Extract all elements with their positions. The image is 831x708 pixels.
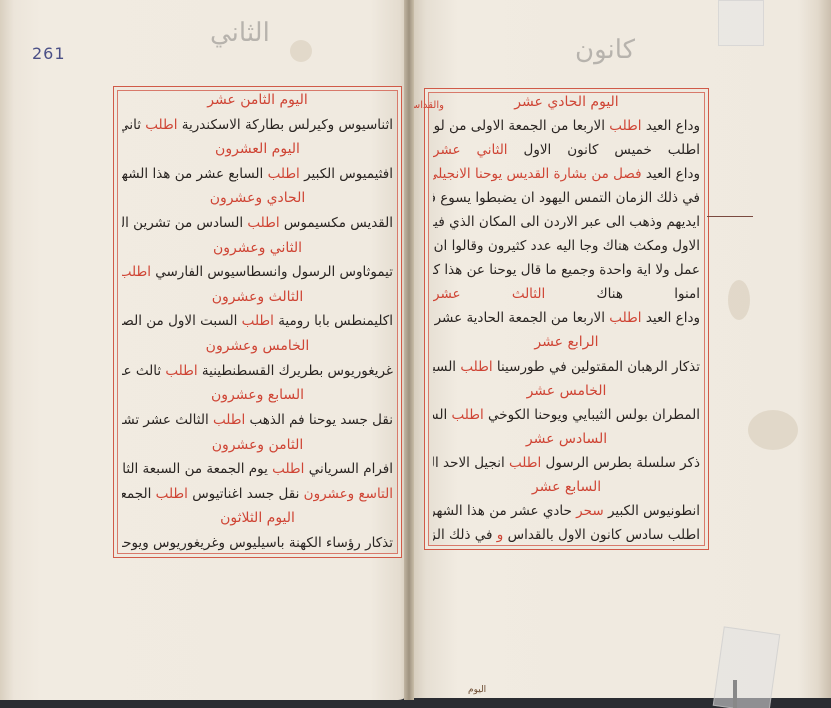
rubric-heading: السابع عشر	[433, 478, 700, 497]
text-segment: الاول ومكث هناك وجا اليه عدد كثيرون وقال…	[433, 238, 700, 254]
rubric-inline: اطلب	[243, 215, 280, 231]
text-segment: في ذلك الزمان التمس اليهود ان يضبطوا يسو…	[433, 190, 700, 206]
rubric-inline: سحر	[572, 503, 604, 519]
text-segment: المطران بولس الثيبايي ويوحنا الكوخي	[484, 407, 700, 423]
text-segment: الثالث عشر تشرين الثاني والقداس	[122, 412, 209, 428]
text-lines-right: اليوم الحادي عشروداع العيد اطلب الاربعا …	[433, 93, 700, 545]
pencil-heading-right: كانون	[575, 35, 635, 65]
text-line: تذكار رؤساء الكهنة باسيليوس وغريغوريوس و…	[122, 534, 393, 553]
rubric-inline: و	[493, 527, 504, 543]
text-line: تذكار الرهبان المقتولين في طورسينا اطلب …	[433, 358, 700, 377]
rubric-inline: اطلب	[605, 310, 642, 326]
rubric-heading: السابع وعشرون	[122, 386, 393, 405]
rubric-inline: فصل من بشارة القديس يوحنا الانجيلي	[433, 166, 642, 182]
rubric-heading: اليوم العشرون	[122, 140, 393, 159]
text-line: ذكر سلسلة بطرس الرسول اطلب انجيل الاحد ا…	[433, 454, 700, 473]
rubric-inline: اطلب	[141, 117, 178, 133]
text-segment: انجيل الاحد الحادي عشر للقديس	[433, 455, 505, 471]
rubric-inline: اطلب	[263, 166, 300, 182]
text-segment: السابع عشر من هذا الشهر	[122, 166, 263, 182]
catchword: اليوم	[468, 685, 486, 695]
text-line: عمل ولا اية واحدة وجميع ما قال يوحنا عن …	[433, 261, 700, 280]
text-segment: تيموثاوس الرسول وانسطاسيوس الفارسي	[151, 264, 393, 280]
text-segment: تذكار رؤساء الكهنة باسيليوس وغريغوريوس و…	[122, 535, 393, 551]
text-segment: تذكار الرهبان المقتولين في طورسينا	[493, 359, 700, 375]
rubric-heading: الرابع عشر	[433, 333, 700, 352]
rubric-inline: اطلب	[161, 363, 198, 379]
rubric-heading: الخامس عشر	[433, 382, 700, 401]
rubric-heading: الثالث وعشرون	[122, 288, 393, 307]
text-line: وداع العيد اطلب الاربعا من الجمعة الاولى…	[433, 117, 700, 136]
text-line: افرام السرياني اطلب يوم الجمعة من السبعة…	[122, 460, 393, 479]
rubric-inline: اطلب	[456, 359, 493, 375]
text-segment: افثيميوس الكبير	[300, 166, 393, 182]
text-segment: افرام السرياني	[304, 461, 393, 477]
text-segment: يوم الجمعة من السبعة الثانية من لوقا	[122, 461, 268, 477]
text-segment: السبت الاول من الصوم المقدس	[122, 313, 237, 329]
text-line: وداع العيد فصل من بشارة القديس يوحنا الا…	[433, 165, 700, 184]
clear-page-weight	[713, 626, 781, 708]
book-gutter	[404, 0, 414, 700]
text-frame-right: اليوم الحادي عشروداع العيد اطلب الاربعا …	[424, 88, 709, 550]
rubric-inline: اطلب	[151, 486, 188, 502]
text-line: امنوا هناك الثالث عشر	[433, 285, 700, 304]
text-segment: الاربعا من الجمعة الحادية عشر من لوقا	[433, 310, 605, 326]
paper-stain	[290, 40, 312, 62]
rubric-inline: التاسع وعشرون	[299, 486, 393, 502]
text-segment: اكليمنطس بابا رومية	[274, 313, 393, 329]
rubric-heading: الثامن وعشرون	[122, 436, 393, 455]
text-segment: نقل جسد يوحنا فم الذهب	[245, 412, 393, 428]
text-segment: ثاني عشر تشرين الثاني	[122, 117, 141, 133]
text-segment: انطونيوس الكبير	[604, 503, 700, 519]
rubric-inline: اطلب	[605, 118, 642, 134]
text-line: غريغوريوس بطريرك القسطنطينية اطلب ثالث ع…	[122, 362, 393, 381]
text-segment: ذكر سلسلة بطرس الرسول	[541, 455, 700, 471]
text-frame-left: اليوم الثامن عشراثناسيوس وكيرلس بطاركة ا…	[113, 86, 402, 558]
text-segment: عمل ولا اية واحدة وجميع ما قال يوحنا عن …	[433, 262, 700, 278]
text-segment: اطلب خميس كانون الاول	[508, 142, 700, 158]
pencil-heading-left: الثاني	[210, 18, 270, 48]
text-segment: اطلب سادس كانون الاول بالقداس	[503, 527, 700, 543]
rubric-inline: اطلب	[122, 264, 151, 280]
rubric-inline: اطلب	[505, 455, 542, 471]
rubric-heading: الحادي وعشرون	[122, 189, 393, 208]
text-segment: ايديهم وذهب الى عبر الاردن الى المكان ال…	[433, 214, 700, 230]
right-page: كانون اليوم الحادي عشروداع العيد اطلب ال…	[408, 0, 831, 698]
rubric-inline: اطلب	[237, 313, 274, 329]
text-line: وداع العيد اطلب الاربعا من الجمعة الحادي…	[433, 309, 700, 328]
text-lines-left: اليوم الثامن عشراثناسيوس وكيرلس بطاركة ا…	[122, 91, 393, 553]
left-page: 261 الثاني اليوم الثامن عشراثناسيوس وكير…	[0, 0, 410, 700]
text-segment: السبت الحادي عشر من لوقا	[433, 407, 447, 423]
text-segment: غريغوريوس بطريرك القسطنطينية	[198, 363, 393, 379]
open-manuscript: 261 الثاني اليوم الثامن عشراثناسيوس وكير…	[0, 0, 831, 708]
text-line: اطلب سادس كانون الاول بالقداس و في ذلك ا…	[433, 526, 700, 545]
rubric-heading: اليوم الثلاثون	[122, 509, 393, 528]
text-line: تيموثاوس الرسول وانسطاسيوس الفارسي اطلب …	[122, 263, 393, 282]
text-line: اثناسيوس وكيرلس بطاركة الاسكندرية اطلب ث…	[122, 116, 393, 135]
text-segment: امنوا هناك	[545, 286, 700, 302]
text-segment: القديس مكسيموس	[280, 215, 393, 231]
text-line: نقل جسد يوحنا فم الذهب اطلب الثالث عشر ت…	[122, 411, 393, 430]
clear-tab-top	[718, 0, 764, 46]
text-segment: في ذلك الزمان وقف يسوع	[433, 527, 493, 543]
text-line: التاسع وعشرون نقل جسد اغناتيوس اطلب الجم…	[122, 485, 393, 504]
rubric-inline: اطلب	[447, 407, 484, 423]
rubric-heading: اليوم الثامن عشر	[122, 91, 393, 110]
rubric-inline: اطلب	[209, 412, 246, 428]
text-line: ايديهم وذهب الى عبر الاردن الى المكان ال…	[433, 213, 700, 232]
text-segment: حادي عشر من هذا الشهر وفي القداس	[433, 503, 572, 519]
text-line: انطونيوس الكبير سحر حادي عشر من هذا الشه…	[433, 502, 700, 521]
rubric-heading: الخامس وعشرون	[122, 337, 393, 356]
text-line: القديس مكسيموس اطلب السادس من تشرين الثا…	[122, 214, 393, 233]
rubric-heading: اليوم الحادي عشر	[433, 93, 700, 112]
text-segment: الجمعة من السبعة الثالثة عشر من لوقا	[122, 486, 151, 502]
text-segment: ثالث عشر تشرين الثاني والقداس	[122, 363, 161, 379]
rubric-inline: الثاني عشر	[433, 142, 508, 158]
paper-stain	[748, 410, 798, 450]
text-segment: وداع العيد	[642, 118, 700, 134]
page-clip	[733, 680, 737, 708]
text-segment: وداع العيد	[642, 310, 700, 326]
text-segment: وداع العيد	[642, 166, 700, 182]
text-segment: الاربعا من الجمعة الاولى من لوقا	[433, 118, 605, 134]
text-segment: السادس من تشرين الثاني	[122, 215, 243, 231]
rubric-heading: الثاني وعشرون	[122, 239, 393, 258]
paper-stain	[728, 280, 750, 320]
folio-number: 261	[32, 44, 66, 63]
text-line: اكليمنطس بابا رومية اطلب السبت الاول من …	[122, 312, 393, 331]
rubric-inline: اطلب	[268, 461, 305, 477]
text-line: اطلب خميس كانون الاول الثاني عشر	[433, 141, 700, 160]
rubric-heading: السادس عشر	[433, 430, 700, 449]
rubric-inline: الثالث عشر	[433, 286, 545, 302]
text-segment: اثناسيوس وكيرلس بطاركة الاسكندرية	[177, 117, 393, 133]
margin-marker-line	[707, 216, 753, 217]
text-segment: السبت الحادي عشر من لوقا	[433, 359, 456, 375]
text-line: في ذلك الزمان التمس اليهود ان يضبطوا يسو…	[433, 189, 700, 208]
text-line: الاول ومكث هناك وجا اليه عدد كثيرون وقال…	[433, 237, 700, 256]
text-line: افثيميوس الكبير اطلب السابع عشر من هذا ا…	[122, 165, 393, 184]
text-line: المطران بولس الثيبايي ويوحنا الكوخي اطلب…	[433, 406, 700, 425]
text-segment: نقل جسد اغناتيوس	[188, 486, 299, 502]
